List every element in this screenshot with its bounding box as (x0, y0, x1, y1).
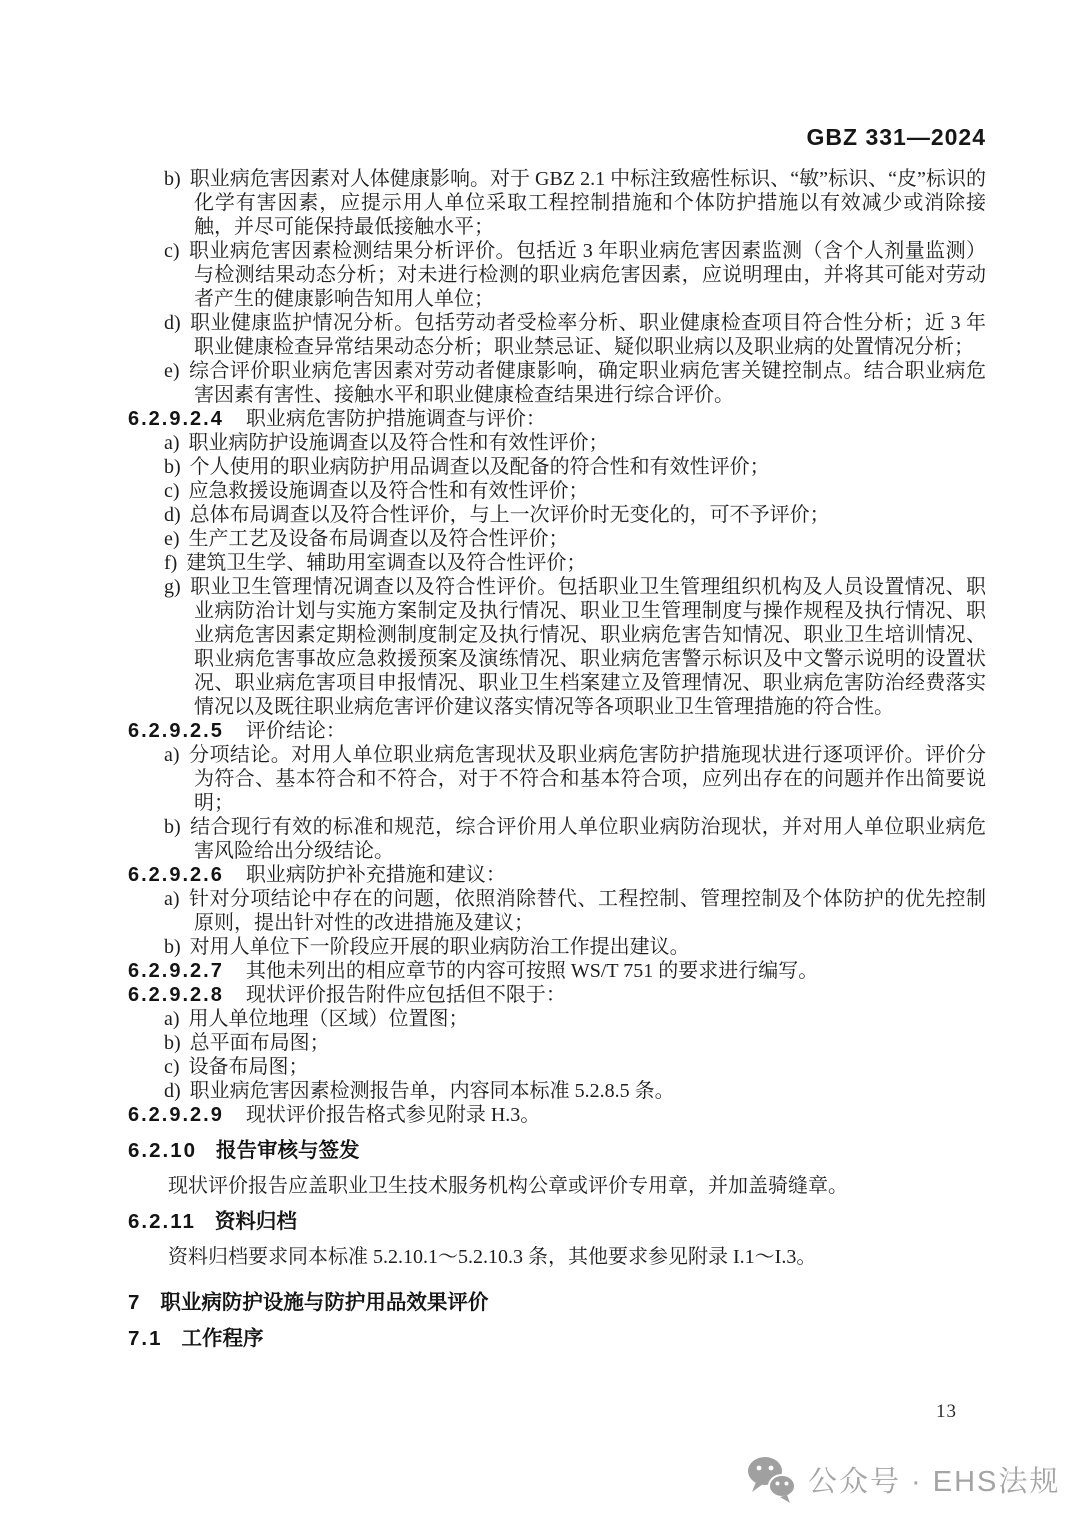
list-item-text: 总体布局调查以及符合性评价，与上一次评价时无变化的，可不予评价； (190, 504, 830, 526)
list-item-text: 设备布局图； (189, 1056, 309, 1078)
list-item-b-ppe: b)个人使用的职业病防护用品调查以及配备的符合性和有效性评价； (128, 455, 986, 479)
paragraph-archiving: 资料归档要求同本标准 5.2.10.1～5.2.10.3 条，其他要求参见附录 … (128, 1245, 986, 1269)
list-item-label: c) (164, 480, 180, 502)
clause-6-2-9-2-6: 6.2.9.2.6职业病防护补充措施和建议： (128, 863, 986, 887)
list-item-d-overall-layout: d)总体布局调查以及符合性评价，与上一次评价时无变化的，可不予评价； (128, 503, 986, 527)
list-item-text: 建筑卫生学、辅助用室调查以及符合性评价； (186, 552, 586, 574)
list-item-text: 对用人单位下一阶段应开展的职业病防治工作提出建议。 (190, 936, 690, 958)
list-item-text: 应急救援设施调查以及符合性和有效性评价； (189, 480, 589, 502)
clause-number: 6.2.9.2.8 (128, 984, 224, 1006)
chapter-heading-7: 7职业病防护设施与防护用品效果评价 (128, 1291, 986, 1315)
section-heading-6-2-11: 6.2.11资料归档 (128, 1210, 986, 1234)
clause-number: 6.2.9.2.4 (128, 408, 224, 430)
clause-6-2-9-2-5: 6.2.9.2.5评价结论： (128, 719, 986, 743)
list-item-a-itemized-conclusion: a)分项结论。对用人单位职业病危害现状及职业病危害防护措施现状进行逐项评价。评价… (128, 743, 986, 815)
list-item-label: a) (164, 888, 180, 910)
list-item-text: 生产工艺及设备布局调查以及符合性评价； (189, 528, 569, 550)
list-item-e-comprehensive-evaluation: e)综合评价职业病危害因素对劳动者健康影响，确定职业病危害关键控制点。结合职业病… (128, 359, 986, 407)
list-item-label: b) (164, 936, 181, 958)
watermark-text: 公众号 · EHS法规 (808, 1459, 1060, 1500)
wechat-icon (746, 1454, 798, 1504)
list-item-b-plan-layout: b)总平面布局图； (128, 1031, 986, 1055)
watermark: 公众号 · EHS法规 (746, 1454, 1060, 1504)
list-item-label: e) (164, 528, 180, 550)
list-item-text: 总平面布局图； (190, 1032, 330, 1054)
clause-text: 其他未列出的相应章节的内容可按照 WS/T 751 的要求进行编写。 (246, 960, 818, 982)
list-item-text: 结合现行有效的标准和规范，综合评价用人单位职业病防治现状，并对用人单位职业病危害… (190, 816, 986, 862)
list-item-label: g) (164, 576, 181, 598)
section-heading-7-1: 7.1工作程序 (128, 1327, 986, 1351)
heading-text: 报告审核与签发 (216, 1139, 360, 1162)
list-item-label: e) (164, 360, 180, 382)
list-item-label: b) (164, 816, 181, 838)
list-item-d-health-surveillance: d)职业健康监护情况分析。包括劳动者受检率分析、职业健康检查项目符合性分析；近 … (128, 311, 986, 359)
clause-number: 6.2.9.2.6 (128, 864, 224, 886)
list-item-b-next-stage: b)对用人单位下一阶段应开展的职业病防治工作提出建议。 (128, 935, 986, 959)
document-body: GBZ 331—2024 b)职业病危害因素对人体健康影响。对于 GBZ 2.1… (128, 124, 986, 1362)
clause-text: 现状评价报告附件应包括但不限于： (246, 984, 566, 1006)
heading-number: 6.2.10 (128, 1139, 197, 1162)
page-number: 13 (936, 1401, 957, 1423)
list-item-c-equipment-layout: c)设备布局图； (128, 1055, 986, 1079)
clause-text: 现状评价报告格式参见附录 H.3。 (246, 1104, 540, 1126)
document-content: b)职业病危害因素对人体健康影响。对于 GBZ 2.1 中标注致癌性标识、“敏”… (128, 167, 986, 1351)
list-item-text: 个人使用的职业病防护用品调查以及配备的符合性和有效性评价； (190, 456, 770, 478)
list-item-text: 用人单位地理（区域）位置图； (189, 1008, 469, 1030)
list-item-c-detection-analysis: c)职业病危害因素检测结果分析评价。包括近 3 年职业病危害因素监测（含个人剂量… (128, 239, 986, 311)
list-item-label: a) (164, 744, 180, 766)
heading-number: 7 (128, 1291, 141, 1314)
list-item-d-detection-report: d)职业病危害因素检测报告单，内容同本标准 5.2.8.5 条。 (128, 1079, 986, 1103)
clause-6-2-9-2-9: 6.2.9.2.9现状评价报告格式参见附录 H.3。 (128, 1103, 986, 1127)
list-item-text: 综合评价职业病危害因素对劳动者健康影响，确定职业病危害关键控制点。结合职业病危害… (189, 360, 986, 406)
list-item-label: a) (164, 1008, 180, 1030)
list-item-label: d) (164, 312, 181, 334)
clause-6-2-9-2-4: 6.2.9.2.4职业病危害防护措施调查与评价： (128, 407, 986, 431)
list-item-label: d) (164, 504, 181, 526)
list-item-text: 职业健康监护情况分析。包括劳动者受检率分析、职业健康检查项目符合性分析；近 3 … (190, 312, 986, 358)
clause-6-2-9-2-7: 6.2.9.2.7其他未列出的相应章节的内容可按照 WS/T 751 的要求进行… (128, 959, 986, 983)
list-item-b-grading-conclusion: b)结合现行有效的标准和规范，综合评价用人单位职业病防治现状，并对用人单位职业病… (128, 815, 986, 863)
clause-text: 职业病防护补充措施和建议： (246, 864, 506, 886)
list-item-f-building-hygiene: f)建筑卫生学、辅助用室调查以及符合性评价； (128, 551, 986, 575)
clause-number: 6.2.9.2.7 (128, 960, 224, 982)
list-item-e-process-layout: e)生产工艺及设备布局调查以及符合性评价； (128, 527, 986, 551)
list-item-a-location-map: a)用人单位地理（区域）位置图； (128, 1007, 986, 1031)
heading-number: 7.1 (128, 1327, 163, 1350)
list-item-text: 职业病危害因素对人体健康影响。对于 GBZ 2.1 中标注致癌性标识、“敏”标识… (190, 168, 986, 238)
heading-text: 职业病防护设施与防护用品效果评价 (160, 1291, 488, 1314)
list-item-label: b) (164, 168, 181, 190)
list-item-label: b) (164, 1032, 181, 1054)
list-item-text: 分项结论。对用人单位职业病危害现状及职业病危害防护措施现状进行逐项评价。评价分为… (189, 744, 986, 814)
clause-text: 职业病危害防护措施调查与评价： (246, 408, 546, 430)
heading-number: 6.2.11 (128, 1210, 196, 1233)
clause-number: 6.2.9.2.5 (128, 720, 224, 742)
paragraph-report-seal: 现状评价报告应盖职业卫生技术服务机构公章或评价专用章，并加盖骑缝章。 (128, 1174, 986, 1198)
document-page: { "page": { "header": "GBZ 331—2024", "p… (0, 0, 1080, 1527)
clause-6-2-9-2-8: 6.2.9.2.8现状评价报告附件应包括但不限于： (128, 983, 986, 1007)
list-item-label: b) (164, 456, 181, 478)
list-item-c-emergency: c)应急救援设施调查以及符合性和有效性评价； (128, 479, 986, 503)
list-item-text: 职业卫生管理情况调查以及符合性评价。包括职业卫生管理组织机构及人员设置情况、职业… (190, 576, 986, 718)
list-item-label: f) (164, 552, 177, 574)
heading-text: 工作程序 (182, 1327, 264, 1350)
list-item-text: 职业病危害因素检测结果分析评价。包括近 3 年职业病危害因素监测（含个人剂量监测… (189, 240, 986, 310)
section-heading-6-2-10: 6.2.10报告审核与签发 (128, 1139, 986, 1163)
list-item-label: d) (164, 1080, 181, 1102)
standard-number-header: GBZ 331—2024 (128, 124, 986, 151)
list-item-g-management: g)职业卫生管理情况调查以及符合性评价。包括职业卫生管理组织机构及人员设置情况、… (128, 575, 986, 719)
heading-text: 资料归档 (215, 1210, 297, 1233)
list-item-label: c) (164, 1056, 180, 1078)
list-item-a-facilities: a)职业病防护设施调查以及符合性和有效性评价； (128, 431, 986, 455)
list-item-text: 针对分项结论中存在的问题，依照消除替代、工程控制、管理控制及个体防护的优先控制原… (189, 888, 986, 934)
clause-text: 评价结论： (246, 720, 346, 742)
clause-number: 6.2.9.2.9 (128, 1104, 224, 1126)
list-item-label: c) (164, 240, 180, 262)
list-item-text: 职业病危害因素检测报告单，内容同本标准 5.2.8.5 条。 (190, 1080, 675, 1102)
list-item-a-improvement: a)针对分项结论中存在的问题，依照消除替代、工程控制、管理控制及个体防护的优先控… (128, 887, 986, 935)
list-item-b-health-effect: b)职业病危害因素对人体健康影响。对于 GBZ 2.1 中标注致癌性标识、“敏”… (128, 167, 986, 239)
list-item-label: a) (164, 432, 180, 454)
list-item-text: 职业病防护设施调查以及符合性和有效性评价； (189, 432, 609, 454)
